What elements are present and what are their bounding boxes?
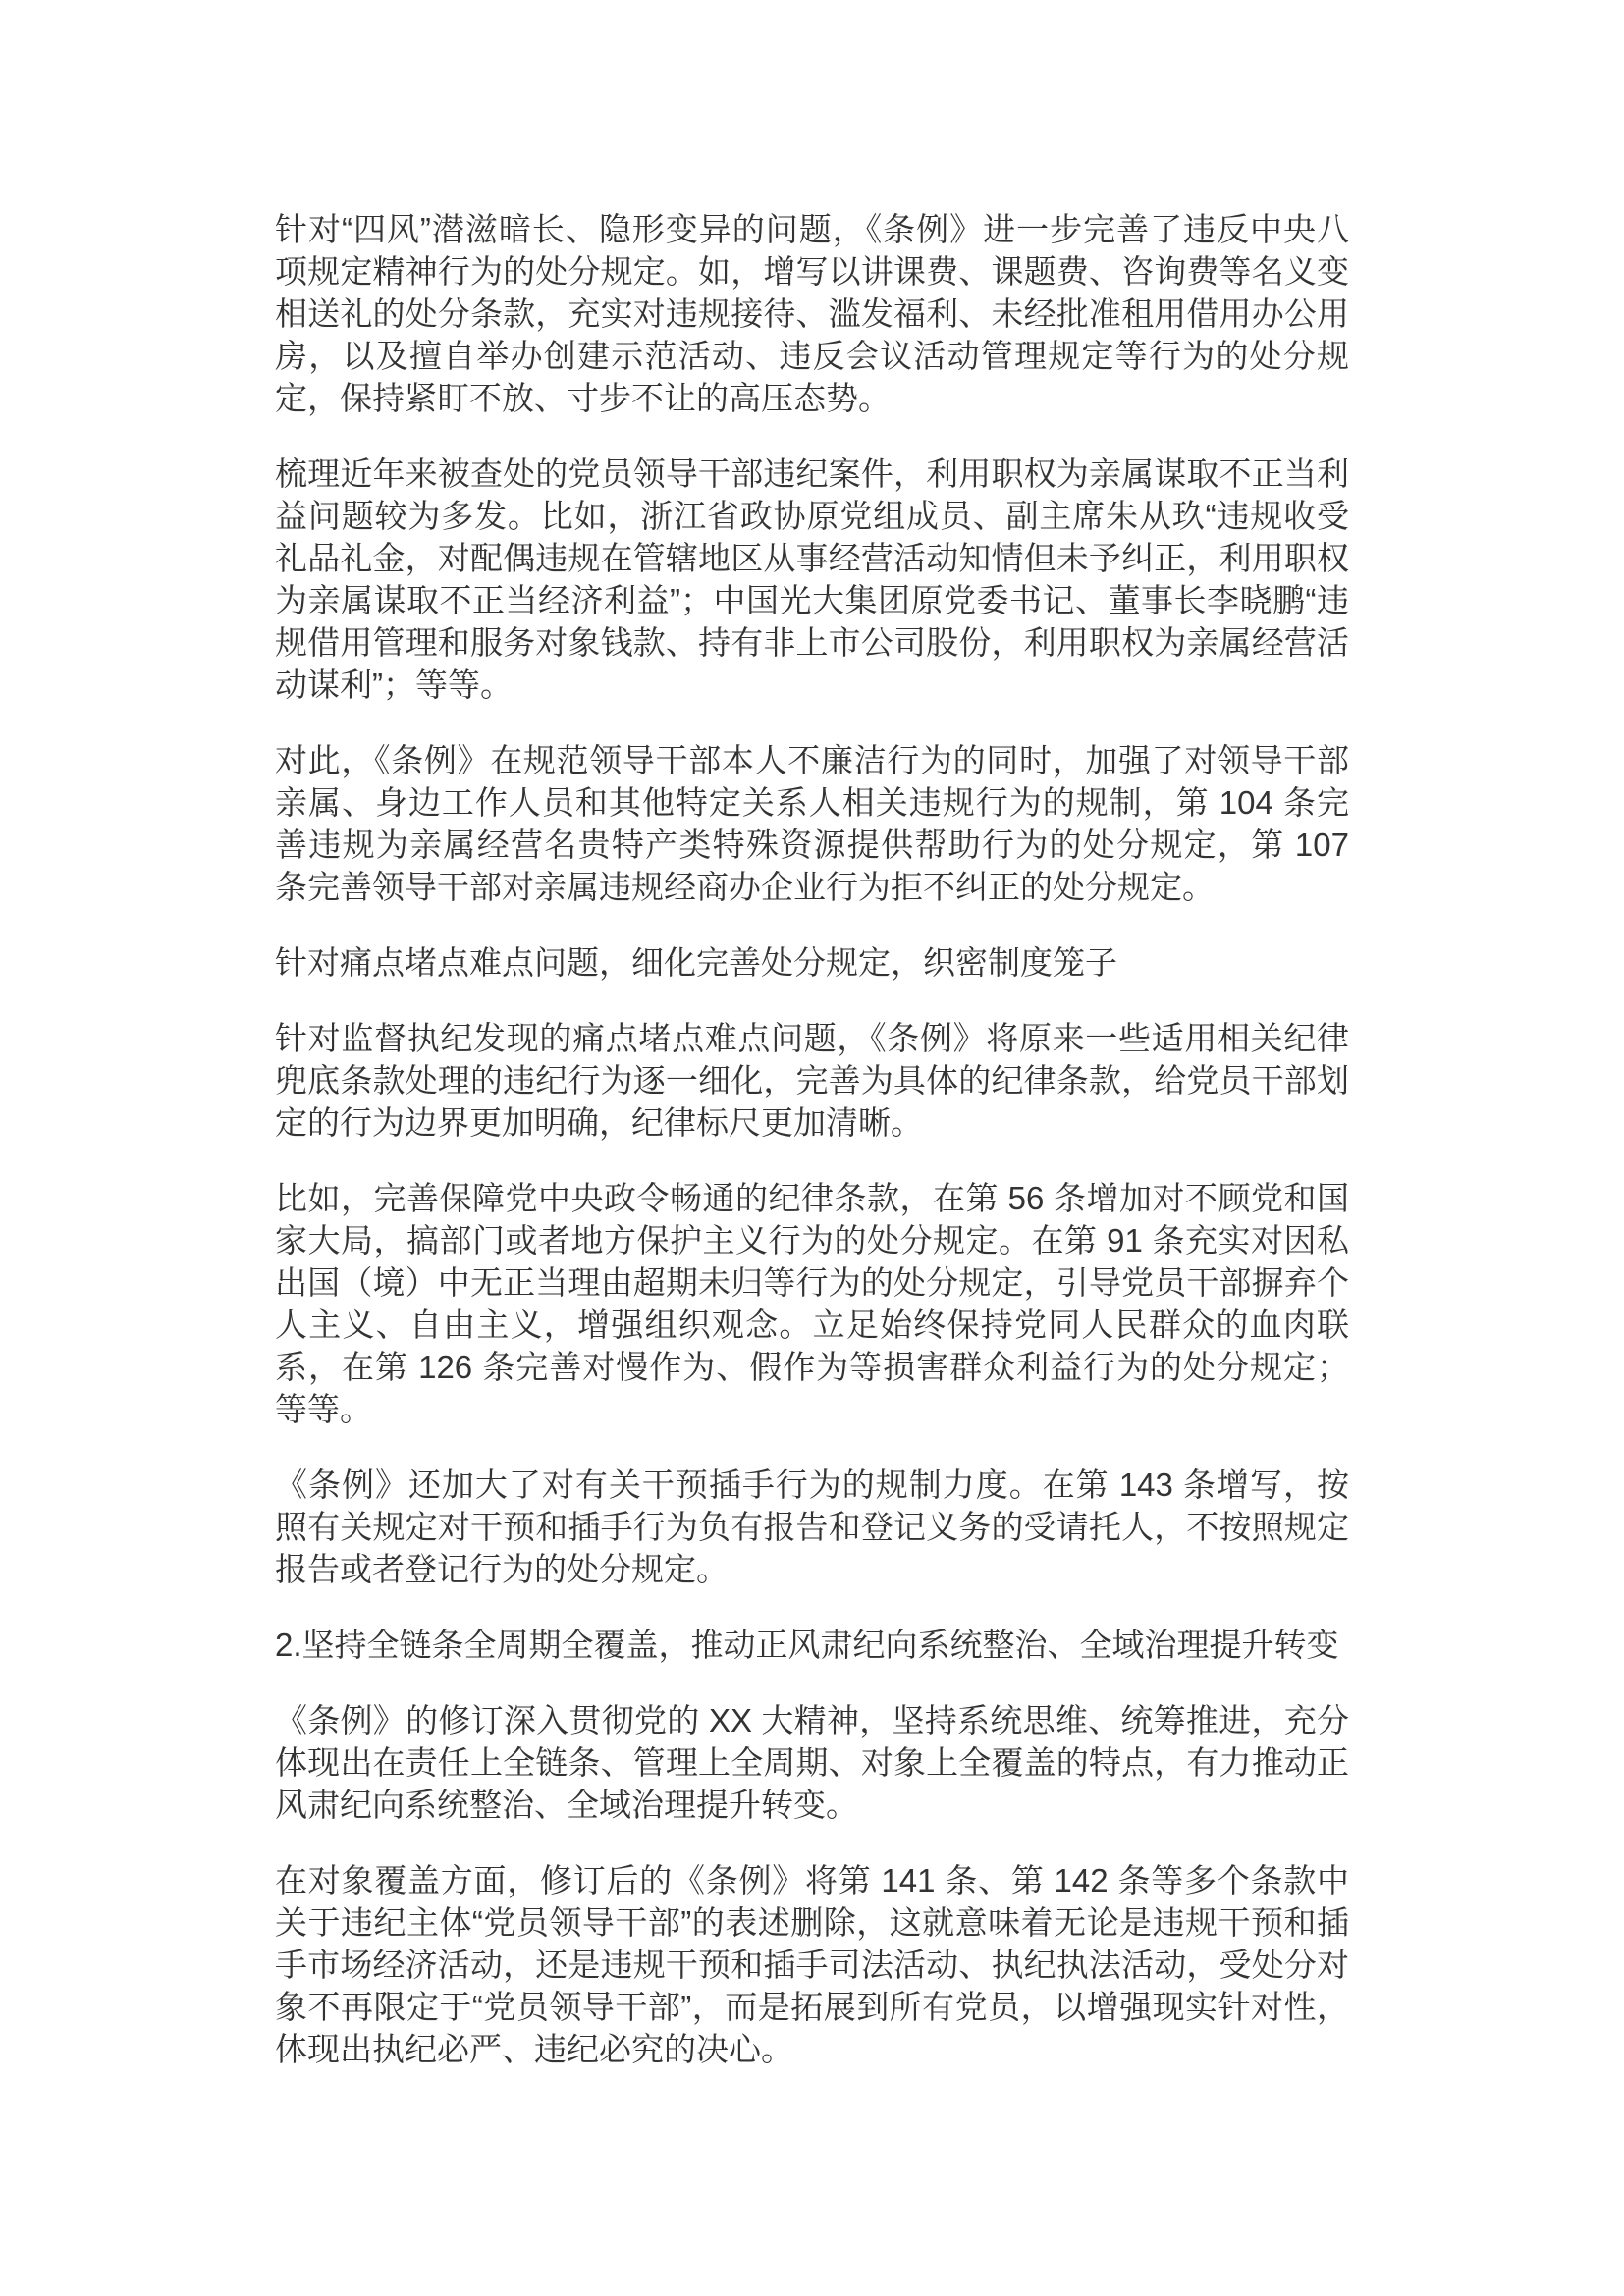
document-viewer: { "page": { "background_color": "#ffffff… bbox=[0, 0, 1624, 2296]
paragraph-refine-clauses: 针对监督执纪发现的痛点堵点难点问题，《条例》将原来一些适用相关纪律兜底条款处理的… bbox=[275, 1017, 1349, 1144]
paragraph-articles-56-91-126: 比如，完善保障党中央政令畅通的纪律条款，在第 56 条增加对不顾党和国家大局，搞… bbox=[275, 1177, 1349, 1430]
heading-point-2: 2.坚持全链条全周期全覆盖，推动正风肃纪向系统整治、全域治理提升转变 bbox=[275, 1624, 1349, 1666]
paragraph-article-143: 《条例》还加大了对有关干预插手行为的规制力度。在第 143 条增写，按照有关规定… bbox=[275, 1464, 1349, 1590]
paragraph-four-winds: 针对“四风”潜滋暗长、隐形变异的问题，《条例》进一步完善了违反中央八项规定精神行… bbox=[275, 208, 1349, 419]
document-page: 针对“四风”潜滋暗长、隐形变异的问题，《条例》进一步完善了违反中央八项规定精神行… bbox=[275, 208, 1349, 2070]
subheading-pain-points: 针对痛点堵点难点问题，细化完善处分规定，织密制度笼子 bbox=[275, 941, 1349, 984]
paragraph-articles-141-142: 在对象覆盖方面，修订后的《条例》将第 141 条、第 142 条等多个条款中关于… bbox=[275, 1859, 1349, 2070]
paragraph-full-chain: 《条例》的修订深入贯彻党的 XX 大精神，坚持系统思维、统筹推进，充分体现出在责… bbox=[275, 1699, 1349, 1826]
paragraph-relatives-cases: 梳理近年来被查处的党员领导干部违纪案件，利用职权为亲属谋取不正当利益问题较为多发… bbox=[275, 453, 1349, 706]
paragraph-articles-104-107: 对此，《条例》在规范领导干部本人不廉洁行为的同时，加强了对领导干部亲属、身边工作… bbox=[275, 739, 1349, 908]
